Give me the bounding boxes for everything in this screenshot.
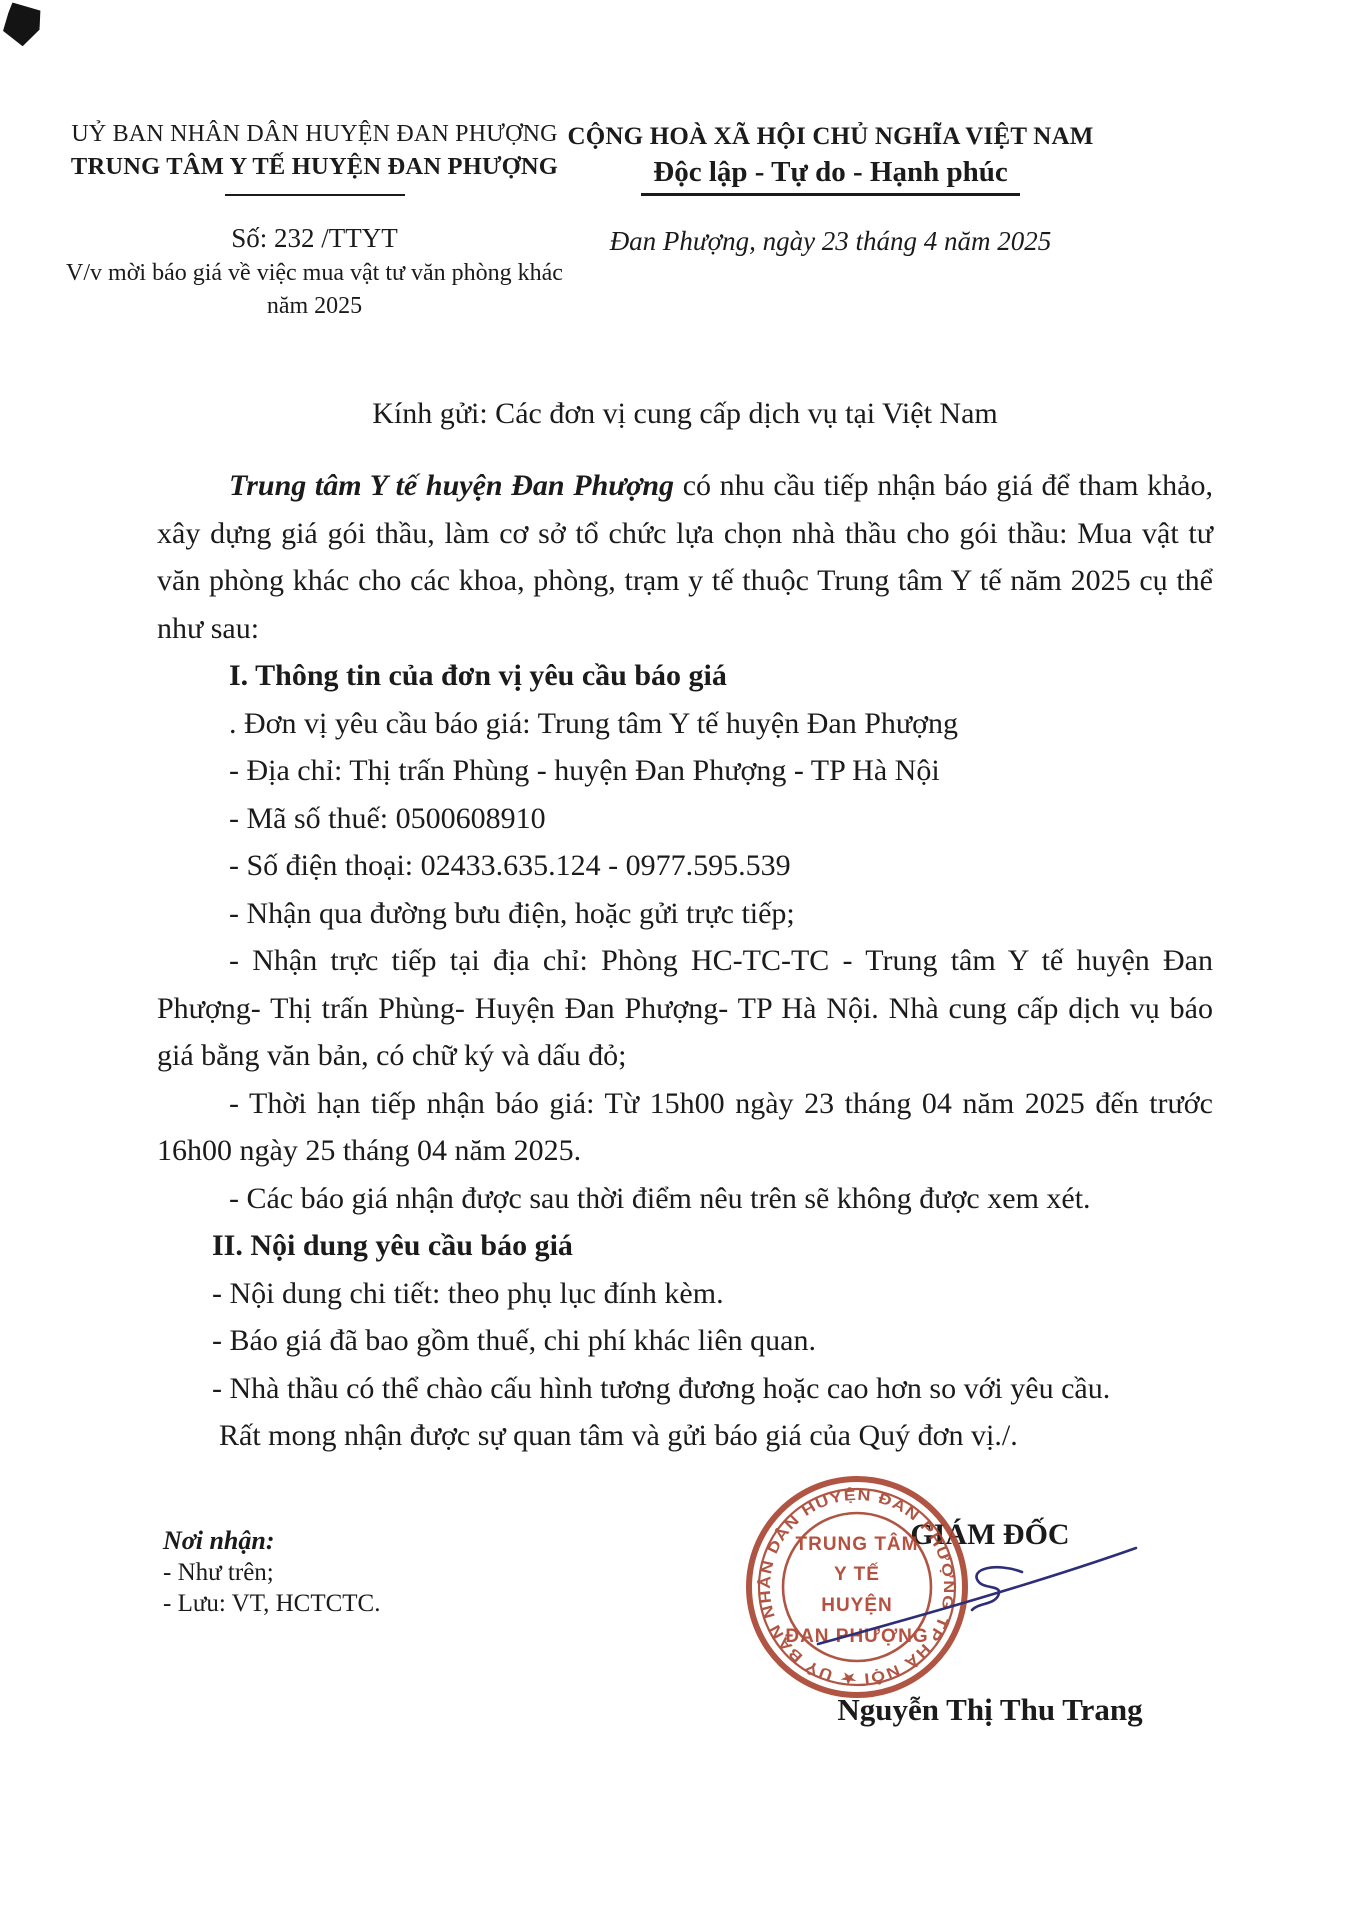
signature-stroke: [740, 1520, 1160, 1660]
issuing-authority-block: UỶ BAN NHÂN DÂN HUYỆN ĐAN PHƯỢNG TRUNG T…: [62, 118, 567, 323]
section2-item: - Nhà thầu có thể chào cấu hình tương đư…: [157, 1365, 1213, 1413]
org-underline: [225, 194, 405, 196]
recipient-line: - Lưu: VT, HCTCTC.: [163, 1588, 380, 1619]
section1-item: - Thời hạn tiếp nhận báo giá: Từ 15h00 n…: [157, 1080, 1213, 1175]
recipient-line: - Như trên;: [163, 1557, 380, 1588]
scan-artifact: [1, 2, 42, 49]
national-motto-line1: CỘNG HOÀ XÃ HỘI CHỦ NGHĨA VIỆT NAM: [563, 120, 1098, 154]
section1-item: - Các báo giá nhận được sau thời điểm nê…: [157, 1175, 1213, 1223]
section2-item: - Báo giá đã bao gồm thuế, chi phí khác …: [157, 1317, 1213, 1365]
org-name: TRUNG TÂM Y TẾ HUYỆN ĐAN PHƯỢNG: [62, 150, 567, 183]
recipients-block: Nơi nhận: - Như trên; - Lưu: VT, HCTCTC.: [163, 1524, 380, 1619]
section1-item: - Nhận trực tiếp tại địa chỉ: Phòng HC-T…: [157, 937, 1213, 1080]
national-motto-line2: Độc lập - Tự do - Hạnh phúc: [641, 154, 1020, 196]
parent-org-name: UỶ BAN NHÂN DÂN HUYỆN ĐAN PHƯỢNG: [62, 118, 567, 150]
section1-item: - Số điện thoại: 02433.635.124 - 0977.59…: [157, 842, 1213, 890]
document-subject: V/v mời báo giá về việc mua vật tư văn p…: [62, 257, 567, 323]
opening-lead: Trung tâm Y tế huyện Đan Phượng: [229, 469, 674, 502]
signature-main-line: [818, 1548, 1136, 1644]
recipients-label: Nơi nhận:: [163, 1524, 380, 1557]
section1-item: - Mã số thuế: 0500608910: [157, 795, 1213, 843]
national-header-block: CỘNG HOÀ XÃ HỘI CHỦ NGHĨA VIỆT NAM Độc l…: [563, 120, 1098, 258]
section1-item: - Địa chỉ: Thị trấn Phùng - huyện Đan Ph…: [157, 747, 1213, 795]
place-date-line: Đan Phượng, ngày 23 tháng 4 năm 2025: [563, 224, 1098, 258]
section2-heading: II. Nội dung yêu cầu báo giá: [157, 1222, 1213, 1270]
letter-body: Kính gửi: Các đơn vị cung cấp dịch vụ tạ…: [157, 390, 1213, 1460]
section1-item: . Đơn vị yêu cầu báo giá: Trung tâm Y tế…: [157, 700, 1213, 748]
section2-item: - Nội dung chi tiết: theo phụ lục đính k…: [157, 1270, 1213, 1318]
opening-paragraph: Trung tâm Y tế huyện Đan Phượng có nhu c…: [157, 462, 1213, 652]
document-page: UỶ BAN NHÂN DÂN HUYỆN ĐAN PHƯỢNG TRUNG T…: [0, 0, 1358, 1920]
document-number: Số: 232 /TTYT: [62, 221, 567, 255]
salutation: Kính gửi: Các đơn vị cung cấp dịch vụ tạ…: [157, 390, 1213, 437]
section1-item: - Nhận qua đường bưu điện, hoặc gửi trực…: [157, 890, 1213, 938]
closing-sentence: Rất mong nhận được sự quan tâm và gửi bá…: [157, 1412, 1213, 1460]
section1-heading: I. Thông tin của đơn vị yêu cầu báo giá: [157, 652, 1213, 700]
